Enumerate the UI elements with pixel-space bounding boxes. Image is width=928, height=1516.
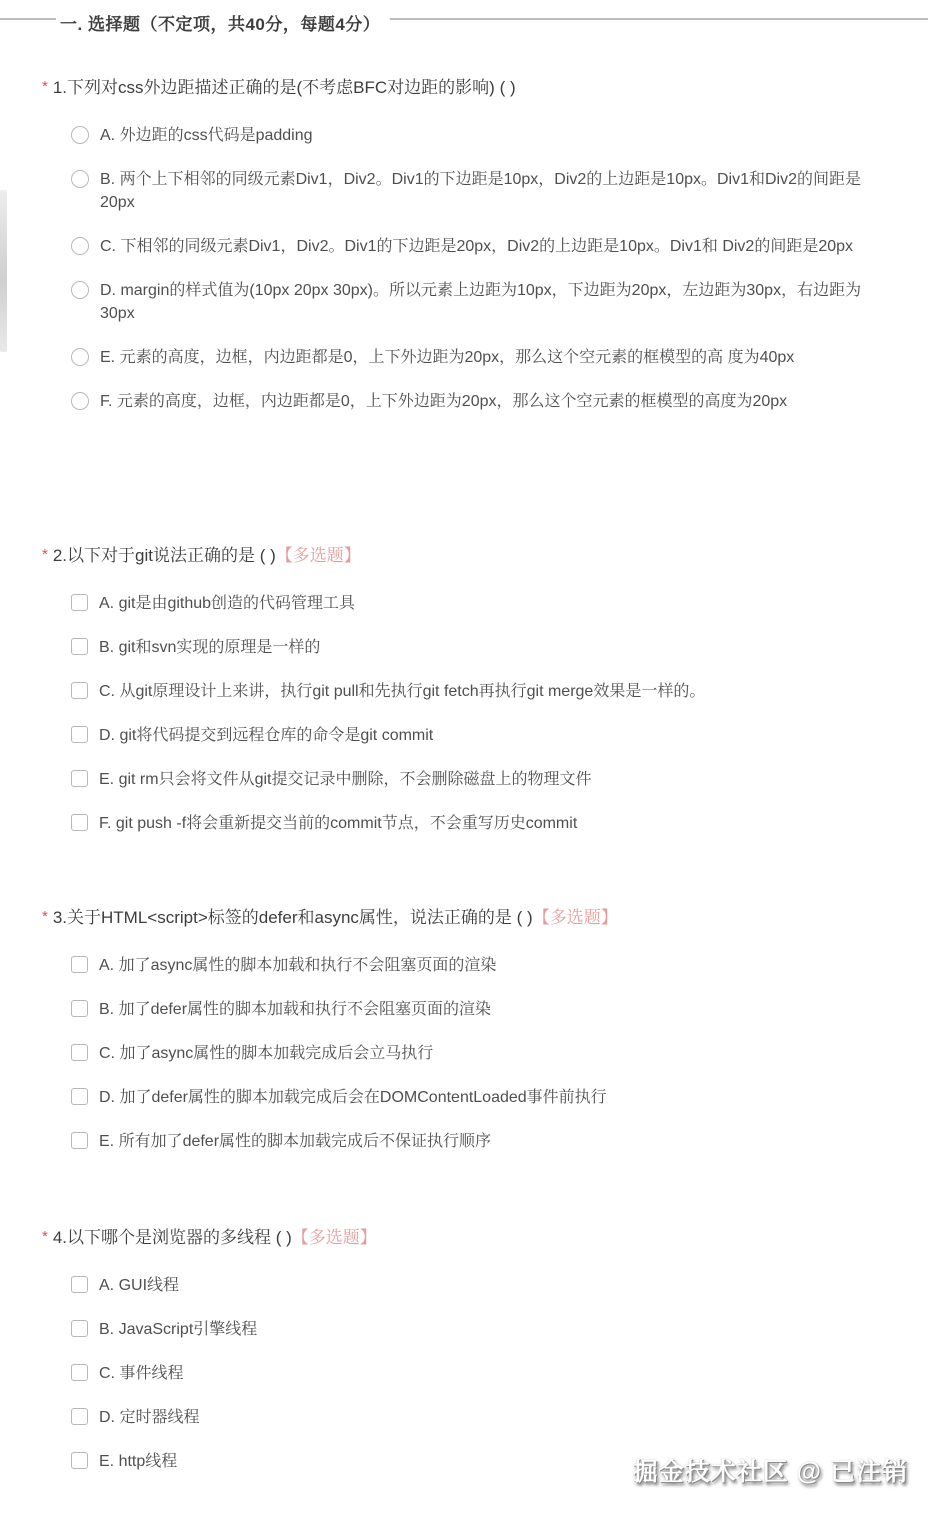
q4-option-a[interactable]: A. GUI线程: [71, 1274, 928, 1297]
question-1-title: *1.下列对css外边距描述正确的是(不考虑BFC对边距的影响) ( ): [42, 76, 928, 99]
question-2-title-text: 2.以下对于git说法正确的是 ( ): [53, 546, 276, 565]
q3-option-c[interactable]: C. 加了async属性的脚本加载完成后会立马执行: [71, 1042, 928, 1065]
required-asterisk: *: [42, 908, 48, 925]
checkbox-icon[interactable]: [71, 1044, 88, 1061]
radio-icon[interactable]: [71, 348, 89, 366]
q2-option-a[interactable]: A. git是由github创造的代码管理工具: [71, 592, 928, 615]
checkbox-icon[interactable]: [71, 594, 88, 611]
question-2: *2.以下对于git说法正确的是 ( )【多选题】 A. git是由github…: [0, 544, 928, 856]
option-label: D. margin的样式值为(10px 20px 30px)。所以元素上边距为1…: [100, 279, 865, 325]
option-label: C. 加了async属性的脚本加载完成后会立马执行: [99, 1042, 433, 1065]
q4-option-c[interactable]: C. 事件线程: [71, 1362, 928, 1385]
checkbox-icon[interactable]: [71, 1408, 88, 1425]
option-label: B. JavaScript引擎线程: [99, 1318, 257, 1341]
q1-option-f[interactable]: F. 元素的高度，边框，内边距都是0，上下外边距为20px，那么这个空元素的框模…: [71, 390, 928, 413]
checkbox-icon[interactable]: [71, 682, 88, 699]
option-label: C. 事件线程: [99, 1362, 183, 1385]
option-label: E. git rm只会将文件从git提交记录中删除，不会删除磁盘上的物理文件: [99, 768, 591, 791]
question-2-options: A. git是由github创造的代码管理工具 B. git和svn实现的原理是…: [0, 592, 928, 835]
option-label: C. 从git原理设计上来讲，执行git pull和先执行git fetch再执…: [99, 680, 705, 703]
question-3-title-text: 3.关于HTML<script>标签的defer和async属性，说法正确的是 …: [53, 908, 533, 927]
q3-option-e[interactable]: E. 所有加了defer属性的脚本加载完成后不保证执行顺序: [71, 1130, 928, 1153]
q1-option-d[interactable]: D. margin的样式值为(10px 20px 30px)。所以元素上边距为1…: [71, 279, 928, 325]
option-label: B. 加了defer属性的脚本加载和执行不会阻塞页面的渲染: [99, 998, 491, 1021]
multi-select-tag: 【多选题】: [533, 908, 618, 927]
q1-option-a[interactable]: A. 外边距的css代码是padding: [71, 124, 928, 147]
option-label: F. 元素的高度，边框，内边距都是0，上下外边距为20px，那么这个空元素的框模…: [100, 390, 787, 413]
watermark: 掘金技术社区 @ 已注销: [633, 1452, 908, 1488]
question-2-title: *2.以下对于git说法正确的是 ( )【多选题】: [42, 544, 928, 567]
checkbox-icon[interactable]: [71, 814, 88, 831]
question-3: *3.关于HTML<script>标签的defer和async属性，说法正确的是…: [0, 906, 928, 1174]
q2-option-b[interactable]: B. git和svn实现的原理是一样的: [71, 636, 928, 659]
question-4-options: A. GUI线程 B. JavaScript引擎线程 C. 事件线程 D. 定时…: [0, 1274, 928, 1473]
option-label: E. 所有加了defer属性的脚本加载完成后不保证执行顺序: [99, 1130, 491, 1153]
checkbox-icon[interactable]: [71, 1452, 88, 1469]
option-label: E. http线程: [99, 1450, 177, 1473]
q3-option-a[interactable]: A. 加了async属性的脚本加载和执行不会阻塞页面的渲染: [71, 954, 928, 977]
checkbox-icon[interactable]: [71, 1132, 88, 1149]
q2-option-f[interactable]: F. git push -f将会重新提交当前的commit节点，不会重写历史co…: [71, 812, 928, 835]
option-label: B. 两个上下相邻的同级元素Div1，Div2。Div1的下边距是10px，Di…: [100, 168, 865, 214]
option-label: A. 加了async属性的脚本加载和执行不会阻塞页面的渲染: [99, 954, 496, 977]
checkbox-icon[interactable]: [71, 1088, 88, 1105]
checkbox-icon[interactable]: [71, 956, 88, 973]
required-asterisk: *: [42, 78, 48, 95]
multi-select-tag: 【多选题】: [292, 1228, 377, 1247]
option-label: D. 定时器线程: [99, 1406, 199, 1429]
question-4-title: *4.以下哪个是浏览器的多线程 ( )【多选题】: [42, 1226, 928, 1249]
question-4-title-text: 4.以下哪个是浏览器的多线程 ( ): [53, 1228, 292, 1247]
checkbox-icon[interactable]: [71, 1276, 88, 1293]
q3-option-b[interactable]: B. 加了defer属性的脚本加载和执行不会阻塞页面的渲染: [71, 998, 928, 1021]
question-3-title: *3.关于HTML<script>标签的defer和async属性，说法正确的是…: [42, 906, 928, 929]
question-3-options: A. 加了async属性的脚本加载和执行不会阻塞页面的渲染 B. 加了defer…: [0, 954, 928, 1153]
option-label: A. git是由github创造的代码管理工具: [99, 592, 355, 615]
q2-option-d[interactable]: D. git将代码提交到远程仓库的命令是git commit: [71, 724, 928, 747]
radio-icon[interactable]: [71, 237, 89, 255]
required-asterisk: *: [42, 546, 48, 563]
radio-icon[interactable]: [71, 126, 89, 144]
option-label: A. GUI线程: [99, 1274, 179, 1297]
q2-option-e[interactable]: E. git rm只会将文件从git提交记录中删除，不会删除磁盘上的物理文件: [71, 768, 928, 791]
option-label: D. 加了defer属性的脚本加载完成后会在DOMContentLoaded事件…: [99, 1086, 607, 1109]
q2-option-c[interactable]: C. 从git原理设计上来讲，执行git pull和先执行git fetch再执…: [71, 680, 928, 703]
q1-option-c[interactable]: C. 下相邻的同级元素Div1，Div2。Div1的下边距是20px，Div2的…: [71, 235, 928, 258]
option-label: E. 元素的高度，边框，内边距都是0，上下外边距为20px，那么这个空元素的框模…: [100, 346, 794, 369]
multi-select-tag: 【多选题】: [276, 546, 361, 565]
checkbox-icon[interactable]: [71, 638, 88, 655]
checkbox-icon[interactable]: [71, 1364, 88, 1381]
q1-option-b[interactable]: B. 两个上下相邻的同级元素Div1，Div2。Div1的下边距是10px，Di…: [71, 168, 928, 214]
radio-icon[interactable]: [71, 170, 89, 188]
question-1-options: A. 外边距的css代码是padding B. 两个上下相邻的同级元素Div1，…: [0, 124, 928, 413]
question-1-title-text: 1.下列对css外边距描述正确的是(不考虑BFC对边距的影响) ( ): [53, 78, 516, 97]
option-label: C. 下相邻的同级元素Div1，Div2。Div1的下边距是20px，Div2的…: [100, 235, 853, 258]
section-title: 一. 选择题（不定项，共40分，每题4分）: [56, 8, 390, 37]
checkbox-icon[interactable]: [71, 1320, 88, 1337]
q1-option-e[interactable]: E. 元素的高度，边框，内边距都是0，上下外边距为20px，那么这个空元素的框模…: [71, 346, 928, 369]
option-label: F. git push -f将会重新提交当前的commit节点，不会重写历史co…: [99, 812, 577, 835]
radio-icon[interactable]: [71, 281, 89, 299]
q4-option-d[interactable]: D. 定时器线程: [71, 1406, 928, 1429]
q3-option-d[interactable]: D. 加了defer属性的脚本加载完成后会在DOMContentLoaded事件…: [71, 1086, 928, 1109]
checkbox-icon[interactable]: [71, 726, 88, 743]
question-1: *1.下列对css外边距描述正确的是(不考虑BFC对边距的影响) ( ) A. …: [0, 76, 928, 434]
checkbox-icon[interactable]: [71, 1000, 88, 1017]
q4-option-b[interactable]: B. JavaScript引擎线程: [71, 1318, 928, 1341]
required-asterisk: *: [42, 1228, 48, 1245]
radio-icon[interactable]: [71, 392, 89, 410]
option-label: D. git将代码提交到远程仓库的命令是git commit: [99, 724, 433, 747]
option-label: A. 外边距的css代码是padding: [100, 124, 313, 147]
checkbox-icon[interactable]: [71, 770, 88, 787]
option-label: B. git和svn实现的原理是一样的: [99, 636, 320, 659]
